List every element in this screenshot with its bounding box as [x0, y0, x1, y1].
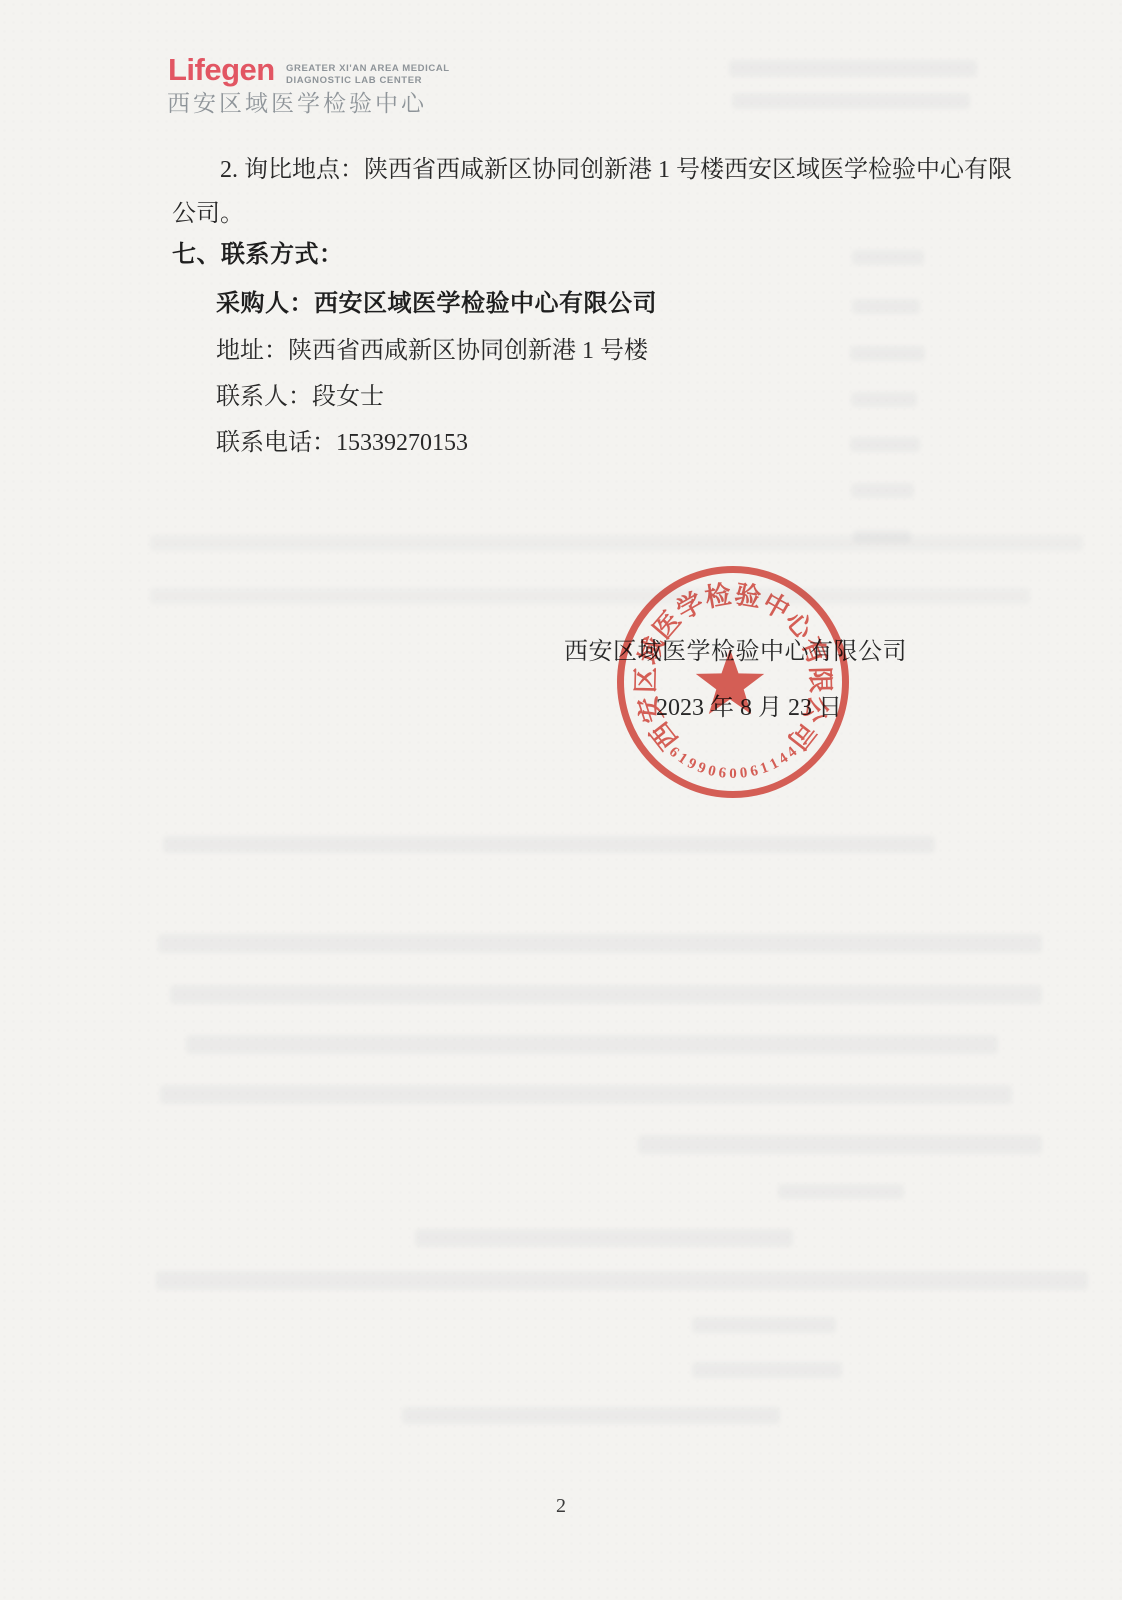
bleedthrough-ghost-line: [852, 250, 924, 265]
svg-text:0: 0: [739, 765, 748, 782]
bleedthrough-ghost-line: [170, 985, 1042, 1004]
svg-text:验: 验: [733, 579, 764, 613]
bleedthrough-ghost-line: [156, 1271, 1088, 1290]
bleedthrough-ghost-line: [778, 1184, 904, 1199]
svg-text:6: 6: [718, 765, 728, 782]
seal-serial-number: 6199060061144: [666, 744, 801, 782]
bleedthrough-ghost-line: [729, 60, 977, 77]
bleedthrough-ghost-line: [150, 535, 1083, 551]
bleedthrough-ghost-line: [415, 1229, 793, 1247]
svg-text:检: 检: [703, 580, 734, 613]
bleedthrough-ghost-line: [692, 1317, 836, 1333]
scanned-document-page: Lifegen GREATER XI'AN AREA MEDICAL DIAGN…: [0, 0, 1122, 1600]
logo-tagline-line2: DIAGNOSTIC LAB CENTER: [286, 75, 450, 87]
bleedthrough-ghost-line: [402, 1407, 780, 1424]
bleedthrough-ghost-line: [850, 346, 925, 361]
logo-cn-name: 西安区域医学检验中心: [167, 92, 427, 115]
svg-text:9: 9: [695, 760, 708, 778]
bleedthrough-ghost-line: [851, 392, 917, 407]
svg-text:0: 0: [729, 766, 737, 782]
inquiry-location-line1: 2. 询比地点：陕西省西咸新区协同创新港 1 号楼西安区域医学检验中心有限: [220, 158, 1012, 182]
page-number: 2: [0, 1496, 1122, 1516]
logo-tagline: GREATER XI'AN AREA MEDICAL DIAGNOSTIC LA…: [286, 63, 450, 86]
bleedthrough-ghost-line: [732, 93, 970, 109]
section-heading-contact: 七、联系方式：: [172, 243, 344, 267]
contact-person-line: 联系人：段女士: [216, 385, 384, 409]
bleedthrough-ghost-line: [692, 1362, 842, 1378]
logo-wordmark: Lifegen: [168, 54, 275, 85]
bleedthrough-ghost-line: [163, 836, 935, 853]
bleedthrough-ghost-line: [852, 299, 920, 314]
contact-phone-line: 联系电话：15339270153: [216, 431, 468, 455]
company-seal-stamp: 西安区域医学检验中心有限公司 6199060061144: [613, 562, 853, 802]
bleedthrough-ghost-line: [158, 934, 1042, 953]
bleedthrough-ghost-line: [160, 1085, 1012, 1104]
bleedthrough-ghost-line: [638, 1135, 1042, 1154]
inquiry-location-line2: 公司。: [172, 202, 244, 226]
svg-text:限: 限: [805, 667, 835, 694]
bleedthrough-ghost-line: [851, 483, 914, 498]
seal-star-icon: [696, 649, 764, 714]
svg-text:区: 区: [631, 667, 661, 694]
bleedthrough-ghost-line: [850, 437, 920, 452]
bleedthrough-ghost-line: [186, 1035, 998, 1054]
purchaser-line: 采购人：西安区域医学检验中心有限公司: [216, 292, 657, 316]
logo-tagline-line1: GREATER XI'AN AREA MEDICAL: [286, 63, 450, 75]
bleedthrough-ghost-line: [150, 588, 1030, 604]
svg-text:0: 0: [706, 763, 717, 780]
bleedthrough-ghost-line: [853, 530, 911, 543]
address-line: 地址：陕西省西咸新区协同创新港 1 号楼: [216, 339, 648, 363]
